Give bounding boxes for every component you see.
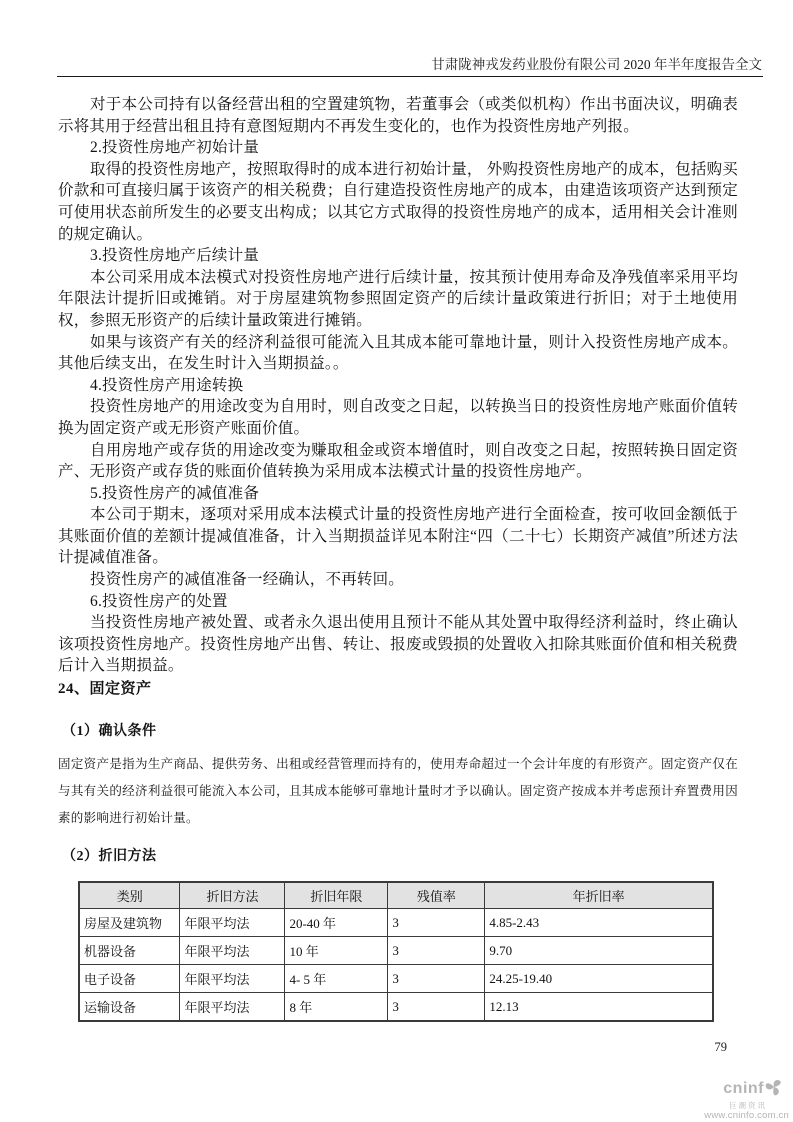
table-cell: 3: [388, 909, 485, 937]
header-divider: [57, 76, 763, 77]
cninfo-logo-text: cninf: [723, 1081, 764, 1097]
page-header-title: 甘肃陇神戎发药业股份有限公司 2020 年半年度报告全文: [57, 56, 762, 73]
paragraph: 本公司于期末，逐项对采用成本法模式计量的投资性房地产进行全面检查，按可收回金额低…: [58, 504, 738, 569]
table-cell: 年限平均法: [180, 965, 285, 993]
table-row: 机器设备 年限平均法 10 年 3 9.70: [79, 937, 713, 965]
table-cell: 3: [388, 965, 485, 993]
table-cell: 运输设备: [79, 993, 180, 1022]
paragraph: 自用房地产或存货的用途改变为赚取租金或资本增值时，则自改变之日起，按照转换日固定…: [58, 440, 738, 483]
table-cell: 4.85-2.43: [485, 909, 713, 937]
page-number: 79: [715, 1040, 728, 1055]
column-header: 年折旧率: [485, 882, 713, 909]
table-cell: 年限平均法: [180, 909, 285, 937]
paragraph: 本公司采用成本法模式对投资性房地产进行后续计量，按其预计使用寿命及净残值率采用平…: [58, 267, 738, 332]
table-cell: 年限平均法: [180, 993, 285, 1022]
body-text: 对于本公司持有以备经营出租的空置建筑物，若董事会（或类似机构）作出书面决议，明确…: [58, 94, 738, 677]
table-row: 电子设备 年限平均法 4- 5 年 3 24.25-19.40: [79, 965, 713, 993]
table-cell: 10 年: [285, 937, 388, 965]
column-header: 折旧年限: [285, 882, 388, 909]
table-cell: 3: [388, 993, 485, 1022]
paragraph: 3.投资性房地产后续计量: [58, 245, 738, 267]
subsection-heading-recognition: （1）确认条件: [62, 720, 157, 740]
table-cell: 年限平均法: [180, 937, 285, 965]
paragraph: 2.投资性房地产初始计量: [58, 137, 738, 159]
table-cell: 电子设备: [79, 965, 180, 993]
table-row: 运输设备 年限平均法 8 年 3 12.13: [79, 993, 713, 1022]
paragraph: 4.投资性房产用途转换: [58, 375, 738, 397]
paragraph: 6.投资性房产的处置: [58, 591, 738, 613]
table-cell: 4- 5 年: [285, 965, 388, 993]
column-header: 残值率: [388, 882, 485, 909]
cninfo-logo-url: www.cninfo.com.cn: [677, 1111, 789, 1121]
table-cell: 12.13: [485, 993, 713, 1022]
paragraph: 对于本公司持有以备经营出租的空置建筑物，若董事会（或类似机构）作出书面决议，明确…: [58, 94, 738, 137]
paragraph: 投资性房地产的用途改变为自用时，则自改变之日起，以转换当日的投资性房地产账面价值…: [58, 396, 738, 439]
table-cell: 24.25-19.40: [485, 965, 713, 993]
table-cell: 8 年: [285, 993, 388, 1022]
table-cell: 3: [388, 937, 485, 965]
paragraph: 当投资性房地产被处置、或者永久退出使用且预计不能从其处置中取得经济利益时，终止确…: [58, 612, 738, 677]
cninfo-swirl-icon: [765, 1078, 783, 1100]
recognition-conditions-text: 固定资产是指为生产商品、提供劳务、出租或经营管理而持有的，使用寿命超过一个会计年…: [58, 751, 738, 832]
paragraph: 5.投资性房产的减值准备: [58, 483, 738, 505]
subsection-heading-depreciation: （2）折旧方法: [62, 845, 157, 865]
table-cell: 房屋及建筑物: [79, 909, 180, 937]
table-cell: 20-40 年: [285, 909, 388, 937]
depreciation-table: 类别 折旧方法 折旧年限 残值率 年折旧率 房屋及建筑物 年限平均法 20-40…: [78, 881, 714, 1022]
table-row: 房屋及建筑物 年限平均法 20-40 年 3 4.85-2.43: [79, 909, 713, 937]
column-header: 折旧方法: [180, 882, 285, 909]
paragraph: 如果与该资产有关的经济利益很可能流入且其成本能可靠地计量，则计入投资性房地产成本…: [58, 332, 738, 375]
paragraph: 投资性房产的减值准备一经确认，不再转回。: [58, 569, 738, 591]
section-heading-fixed-assets: 24、固定资产: [58, 677, 152, 698]
report-page: 甘肃陇神戎发药业股份有限公司 2020 年半年度报告全文 对于本公司持有以备经营…: [0, 0, 793, 1122]
cninfo-logo-chinese: 巨潮资讯: [677, 1102, 767, 1110]
table-cell: 机器设备: [79, 937, 180, 965]
paragraph: 取得的投资性房地产，按照取得时的成本进行初始计量， 外购投资性房地产的成本，包括…: [58, 159, 738, 245]
table-header-row: 类别 折旧方法 折旧年限 残值率 年折旧率: [79, 882, 713, 909]
table-cell: 9.70: [485, 937, 713, 965]
cninfo-watermark: cninf 巨潮资讯 www.cninfo.com.cn: [677, 1078, 789, 1120]
column-header: 类别: [79, 882, 180, 909]
